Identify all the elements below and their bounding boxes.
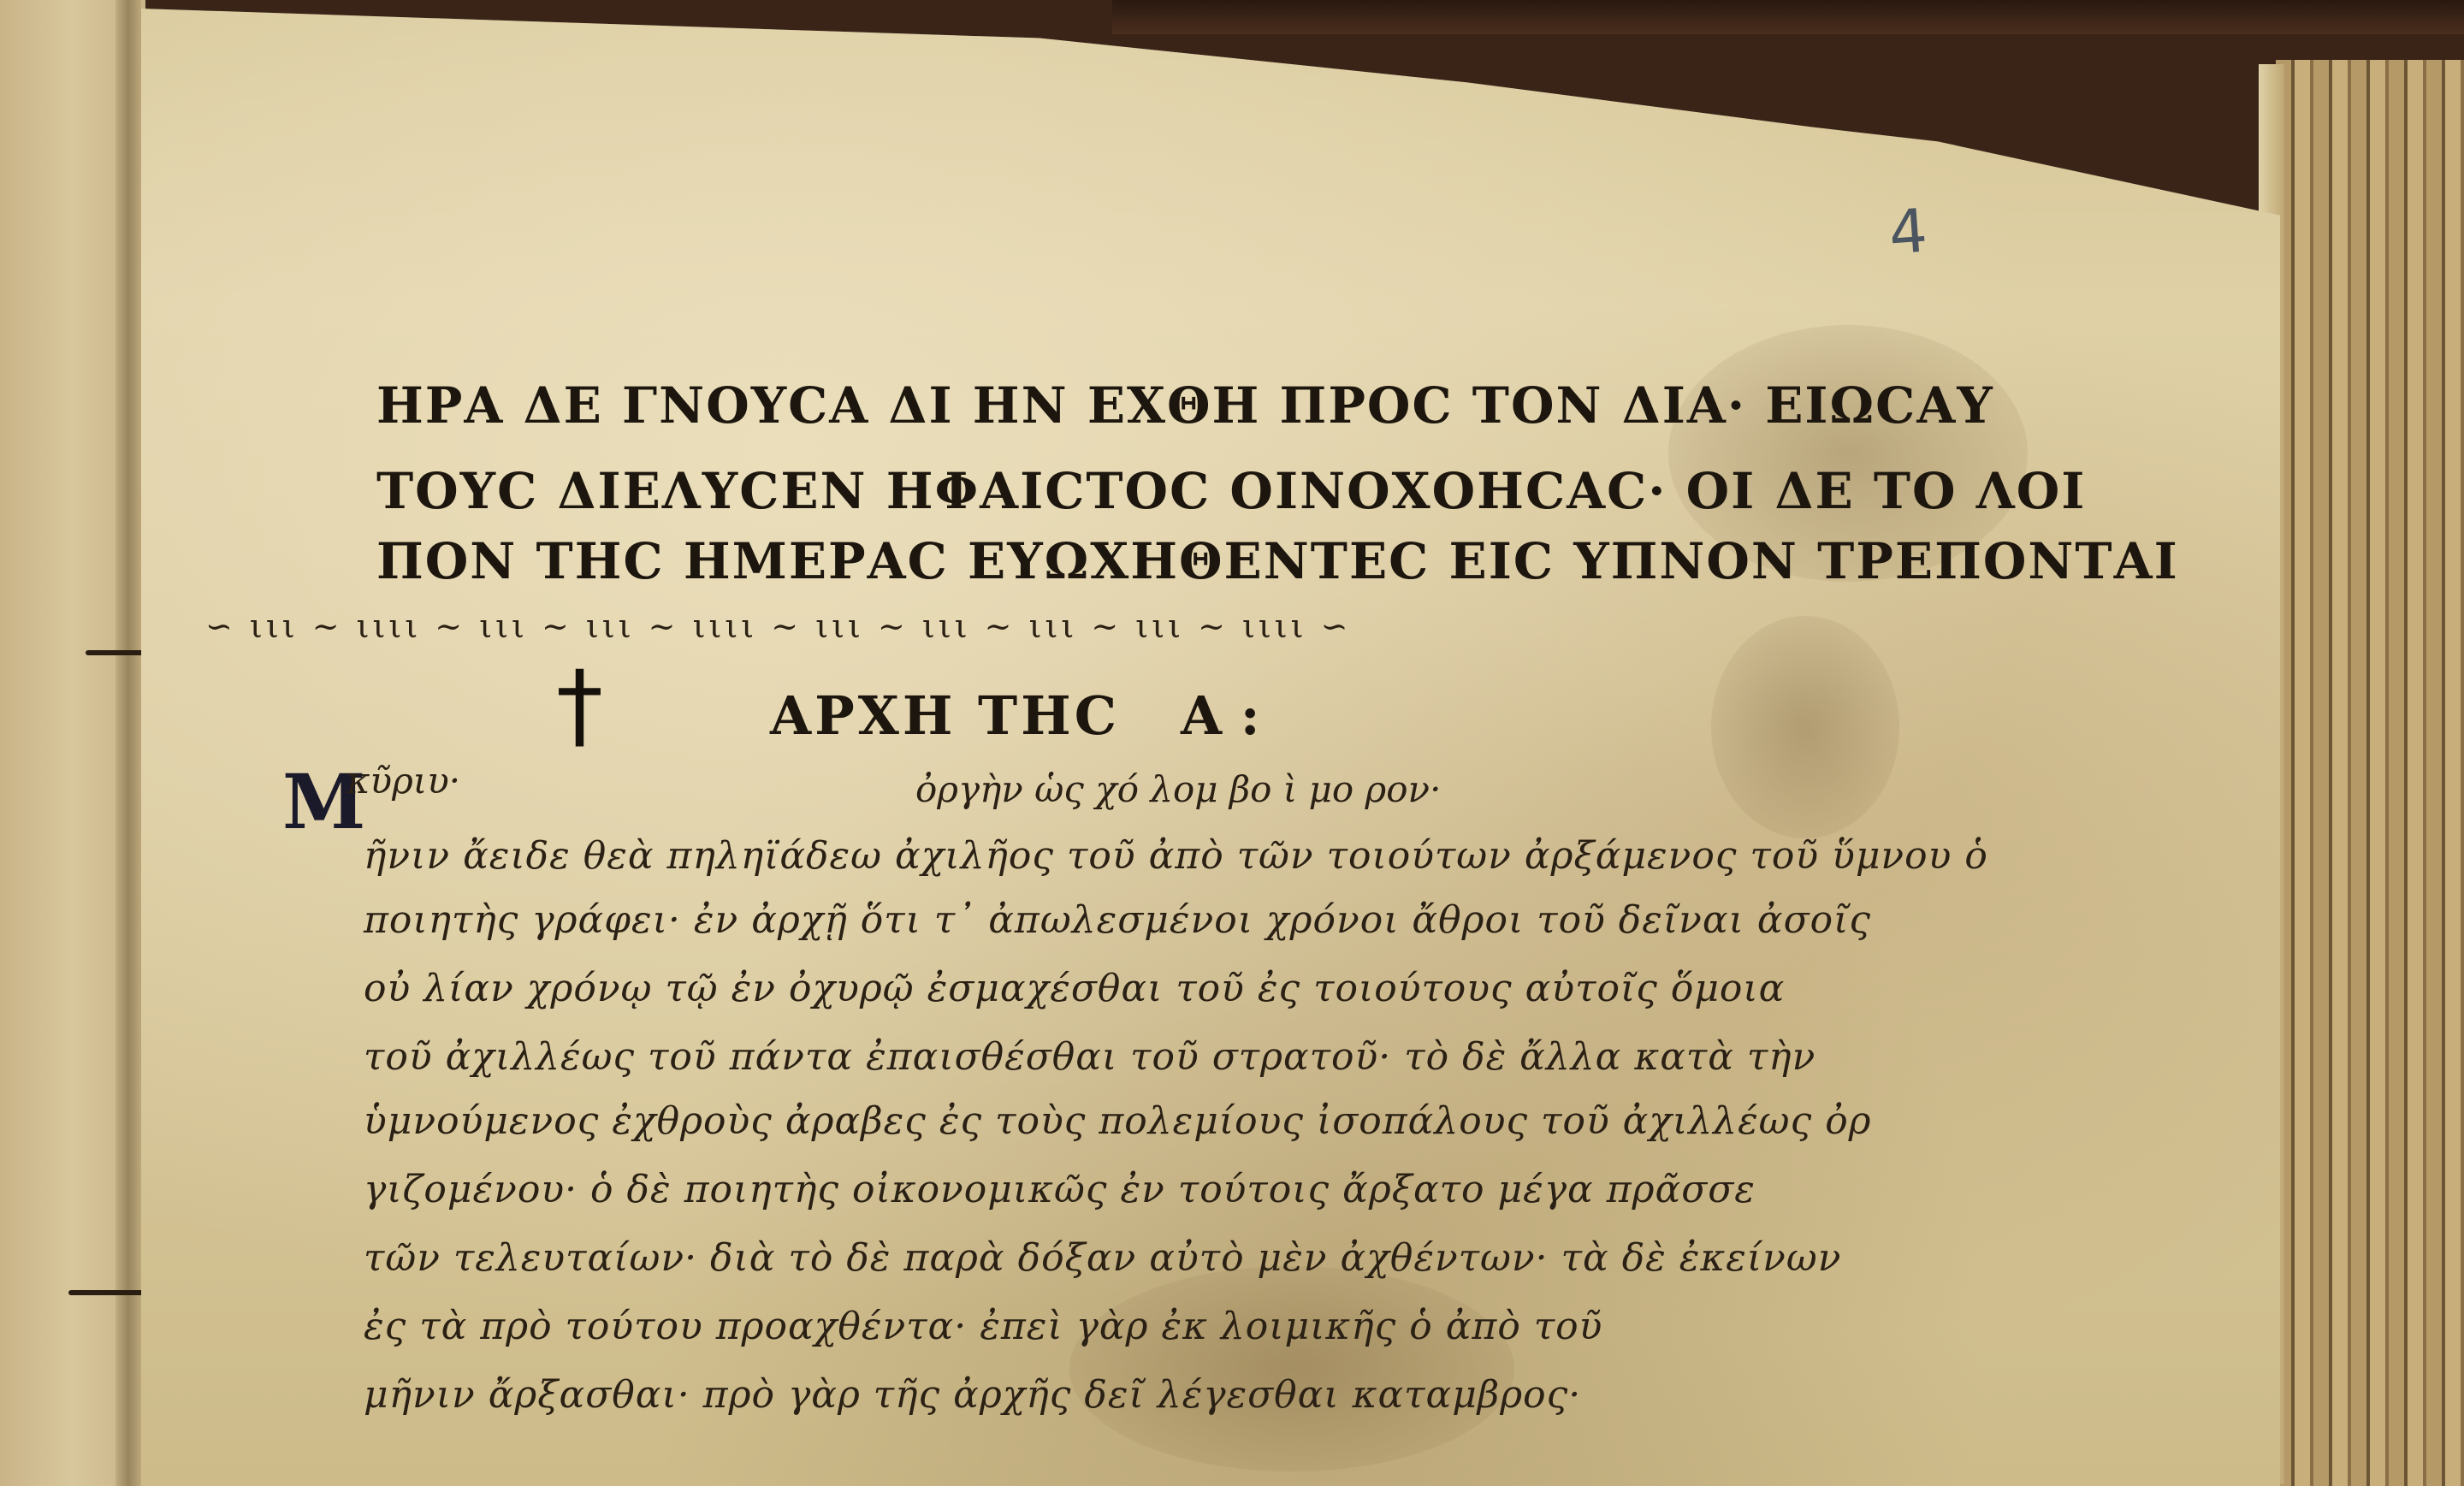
text-line-2: ποιητὴς γράφει· ἐν ἀρχῇ ὅτι τ᾽ ἀπωλεσμέν… — [364, 898, 1871, 942]
uncial-line-3: ΠΟΝ ΤΗC ΗΜΕΡΑC ΕΥΩΧΗΘΕΝΤΕC ΕΙC ΥΠΝΟΝ ΤΡΕ… — [376, 532, 2179, 590]
text-line-7: τῶν τελευταίων· διὰ τὸ δὲ παρὰ δόξαν αὐτ… — [364, 1236, 1842, 1280]
gutter-fold — [115, 0, 141, 1486]
binding-leather — [1112, 0, 2464, 34]
text-line-4: τοῦ ἀχιλλέως τοῦ πάντα ἐπαισθέσθαι τοῦ σ… — [364, 1035, 1815, 1079]
water-stain — [1069, 1266, 1514, 1471]
chapter-heading: ΑΡΧΗ ΤΗC — [770, 684, 1120, 747]
text-line-3: οὐ λίαν χρόνῳ τῷ ἐν ὀχυρῷ ἐσμαχέσθαι τοῦ… — [364, 967, 1785, 1010]
cross-icon: † — [556, 650, 603, 760]
page-block-edges — [2276, 60, 2464, 1486]
water-stain — [1711, 616, 1899, 838]
uncial-line-2: ΤΟΥC ΔΙΕΛΥCΕΝ ΗΦΑΙCΤΟC ΟΙΝΟΧΟΗCΑC· ΟΙ ΔΕ… — [376, 462, 2086, 520]
subheading-left: κῦριυ· — [346, 760, 460, 802]
text-line-1: ῆνιν ἄειδε θεὰ πηληϊάδεω ἀχιλῆος τοῦ ἀπὸ… — [364, 834, 1988, 878]
text-line-5: ὑμνούμενος ἐχθροὺς ἀραβες ἐς τοὺς πολεμί… — [364, 1099, 1872, 1143]
decorative-band: ∽ ιιι ~ ιιιι ~ ιιι ~ ιιι ~ ιιιι ~ ιιι ~ … — [205, 607, 1352, 645]
text-line-6: γιζομένου· ὁ δὲ ποιητὴς οἰκονομικῶς ἐν τ… — [364, 1168, 1756, 1211]
text-line-9: μῆνιν ἄρξασθαι· πρὸ γὰρ τῆς ἀρχῆς δεῖ λέ… — [364, 1373, 1581, 1417]
folio-number: 4 — [1886, 196, 1929, 269]
uncial-line-1: ΗΡΑ ΔΕ ΓΝΟΥCΑ ΔΙ ΗΝ ΕΧΘΗ ΠΡΟC ΤΟΝ ΔΙΑ· Ε… — [376, 376, 1994, 435]
text-line-8: ἐς τὰ πρὸ τούτου προαχθέντα· ἐπεὶ γὰρ ἐκ… — [364, 1305, 1602, 1348]
subheading-center: ὀργὴν ὡς χό λομ βο ὶ μο ρον· — [915, 768, 1441, 810]
chapter-number: Α : — [1181, 684, 1260, 747]
